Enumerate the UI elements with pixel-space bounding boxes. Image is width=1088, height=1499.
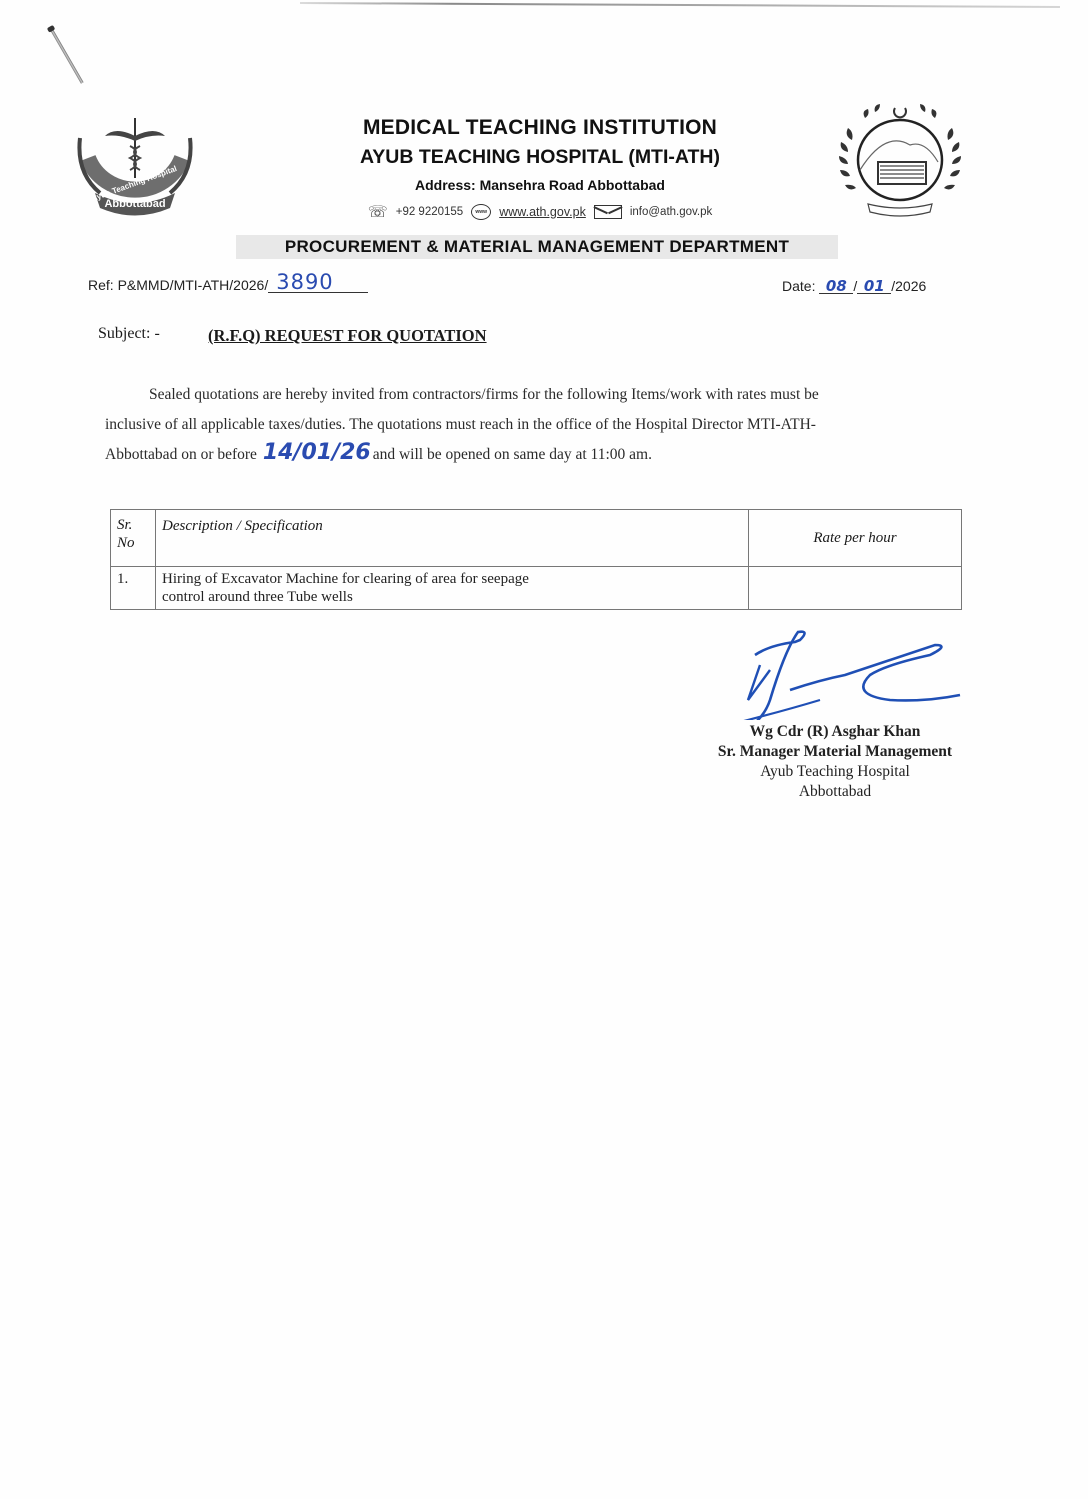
reference-line: Ref: P&MMD/MTI-ATH/2026/ 3890 — [88, 272, 368, 293]
contact-line: ☏ +92 9220155 www www.ath.gov.pk info@at… — [300, 202, 780, 222]
website-link[interactable]: www.ath.gov.pk — [499, 205, 586, 219]
table-header-row: Sr. No Description / Specification Rate … — [111, 510, 962, 567]
reference-label: Ref: P&MMD/MTI-ATH/2026/ — [88, 277, 268, 293]
subject-label: Subject: - — [98, 325, 160, 343]
items-table: Sr. No Description / Specification Rate … — [110, 509, 962, 610]
date-month: 01 — [857, 279, 891, 294]
header-description: Description / Specification — [156, 510, 749, 567]
date-day: 08 — [819, 279, 853, 294]
signatory-name: Wg Cdr (R) Asghar Khan — [675, 722, 995, 742]
hospital-logo: Abbottabad Ayub Teaching Hospital — [70, 108, 200, 218]
signature — [660, 620, 980, 720]
date-year: /2026 — [891, 278, 926, 294]
cell-rate[interactable] — [749, 567, 962, 610]
staple-pin-icon — [50, 29, 84, 84]
paragraph-line-1: Sealed quotations are hereby invited fro… — [105, 380, 950, 410]
paragraph-line-3-start: Abbottabad on or before — [105, 446, 257, 463]
cell-description: Hiring of Excavator Machine for clearing… — [156, 567, 749, 610]
globe-icon: www — [471, 204, 491, 220]
invitation-paragraph: Sealed quotations are hereby invited fro… — [105, 380, 950, 470]
paragraph-line-3: Abbottabad on or before 14/01/26and will… — [105, 440, 950, 470]
subject-title: (R.F.Q) REQUEST FOR QUOTATION — [208, 326, 487, 346]
paragraph-line-2: inclusive of all applicable taxes/duties… — [105, 410, 950, 440]
department-banner: PROCUREMENT & MATERIAL MANAGEMENT DEPART… — [236, 235, 838, 259]
cell-sr: 1. — [111, 567, 156, 610]
kpk-emblem-logo — [830, 100, 970, 225]
signatory-city: Abbottabad — [675, 782, 995, 802]
signatory-designation: Sr. Manager Material Management — [675, 742, 995, 762]
institution-title: MEDICAL TEACHING INSTITUTION — [290, 116, 790, 140]
paragraph-line-3-end: and will be opened on same day at 11:00 … — [373, 446, 652, 463]
header-rate: Rate per hour — [749, 510, 962, 567]
header-sr-no: Sr. No — [111, 510, 156, 567]
signatory-organization: Ayub Teaching Hospital — [675, 762, 995, 782]
envelope-icon — [594, 205, 622, 219]
scan-edge-line — [300, 2, 1060, 8]
date-line: Date: 08 / 01 /2026 — [782, 278, 926, 294]
address-line: Address: Mansehra Road Abbottabad — [290, 177, 790, 193]
email-link[interactable]: info@ath.gov.pk — [630, 206, 712, 218]
hospital-title: AYUB TEACHING HOSPITAL (MTI-ATH) — [290, 146, 790, 169]
svg-text:Abbottabad: Abbottabad — [104, 198, 165, 210]
table-row: 1. Hiring of Excavator Machine for clear… — [111, 567, 962, 610]
phone-number: +92 9220155 — [396, 206, 463, 218]
reference-number: 3890 — [268, 272, 368, 293]
date-label: Date: — [782, 278, 815, 294]
telephone-icon: ☏ — [368, 202, 388, 222]
deadline-date: 14/01/26 — [263, 443, 371, 463]
signatory-block: Wg Cdr (R) Asghar Khan Sr. Manager Mater… — [675, 722, 995, 802]
